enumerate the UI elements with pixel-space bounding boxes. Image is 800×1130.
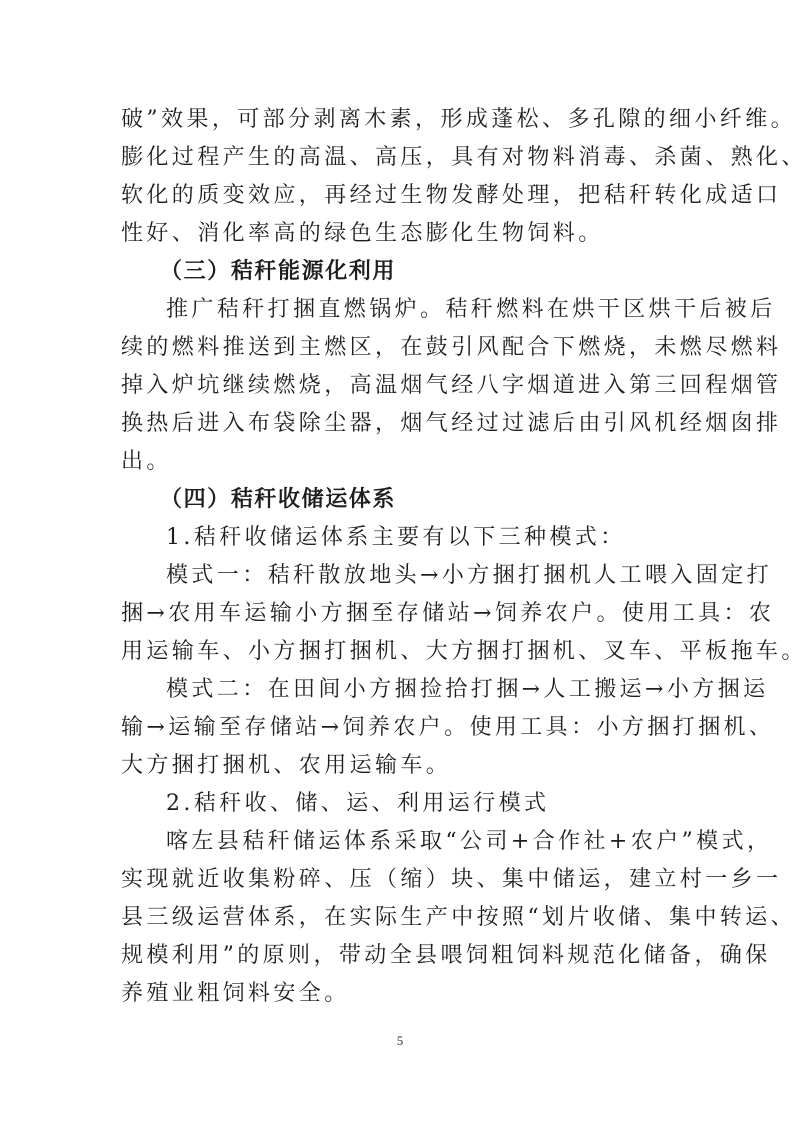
body-line: 输→运输至存储站→饲养农户。使用工具：小方捆打捆机、	[121, 709, 691, 747]
section-heading-3: （三）秸秆能源化利用	[160, 253, 730, 291]
section-heading-4: （四）秸秆收储运体系	[160, 481, 730, 519]
body-line: 续的燃料推送到主燃区，在鼓引风配合下燃烧，未燃尽燃料	[121, 329, 691, 367]
body-line: 出。	[121, 443, 691, 481]
body-line: 县三级运营体系，在实际生产中按照“划片收储、集中转运、	[121, 899, 691, 937]
body-line: 模式一：秸秆散放地头→小方捆打捆机人工喂入固定打	[166, 557, 691, 595]
body-line: 捆→农用车运输小方捆至存储站→饲养农户。使用工具：农	[121, 595, 691, 633]
body-line: 实现就近收集粉碎、压（缩）块、集中储运，建立村一乡一	[121, 861, 691, 899]
body-line: 掉入炉坑继续燃烧，高温烟气经八字烟道进入第三回程烟管	[121, 367, 691, 405]
body-line: 换热后进入布袋除尘器，烟气经过过滤后由引风机经烟囱排	[121, 405, 691, 443]
body-line: 软化的质变效应，再经过生物发酵处理，把秸秆转化成适口	[121, 177, 691, 215]
body-line: 2.秸秆收、储、运、利用运行模式	[166, 785, 691, 823]
body-line: 喀左县秸秆储运体系采取“公司+合作社+农户”模式，	[166, 823, 691, 861]
body-line: 膨化过程产生的高温、高压，具有对物料消毒、杀菌、熟化、	[121, 139, 691, 177]
document-page: 破”效果，可部分剥离木素，形成蓬松、多孔隙的细小纤维。 膨化过程产生的高温、高压…	[0, 0, 800, 1130]
page-number: 5	[0, 1033, 800, 1049]
body-line: 养殖业粗饲料安全。	[121, 975, 691, 1013]
body-line: 模式二：在田间小方捆捡拾打捆→人工搬运→小方捆运	[166, 671, 691, 709]
body-line: 性好、消化率高的绿色生态膨化生物饲料。	[121, 215, 691, 253]
body-line: 推广秸秆打捆直燃锅炉。秸秆燃料在烘干区烘干后被后	[166, 291, 691, 329]
body-line: 1.秸秆收储运体系主要有以下三种模式：	[166, 519, 691, 557]
body-line: 规模利用”的原则，带动全县喂饲粗饲料规范化储备，确保	[121, 937, 691, 975]
body-line: 破”效果，可部分剥离木素，形成蓬松、多孔隙的细小纤维。	[121, 101, 691, 139]
body-line: 用运输车、小方捆打捆机、大方捆打捆机、叉车、平板拖车。	[121, 633, 691, 671]
body-line: 大方捆打捆机、农用运输车。	[121, 747, 691, 785]
